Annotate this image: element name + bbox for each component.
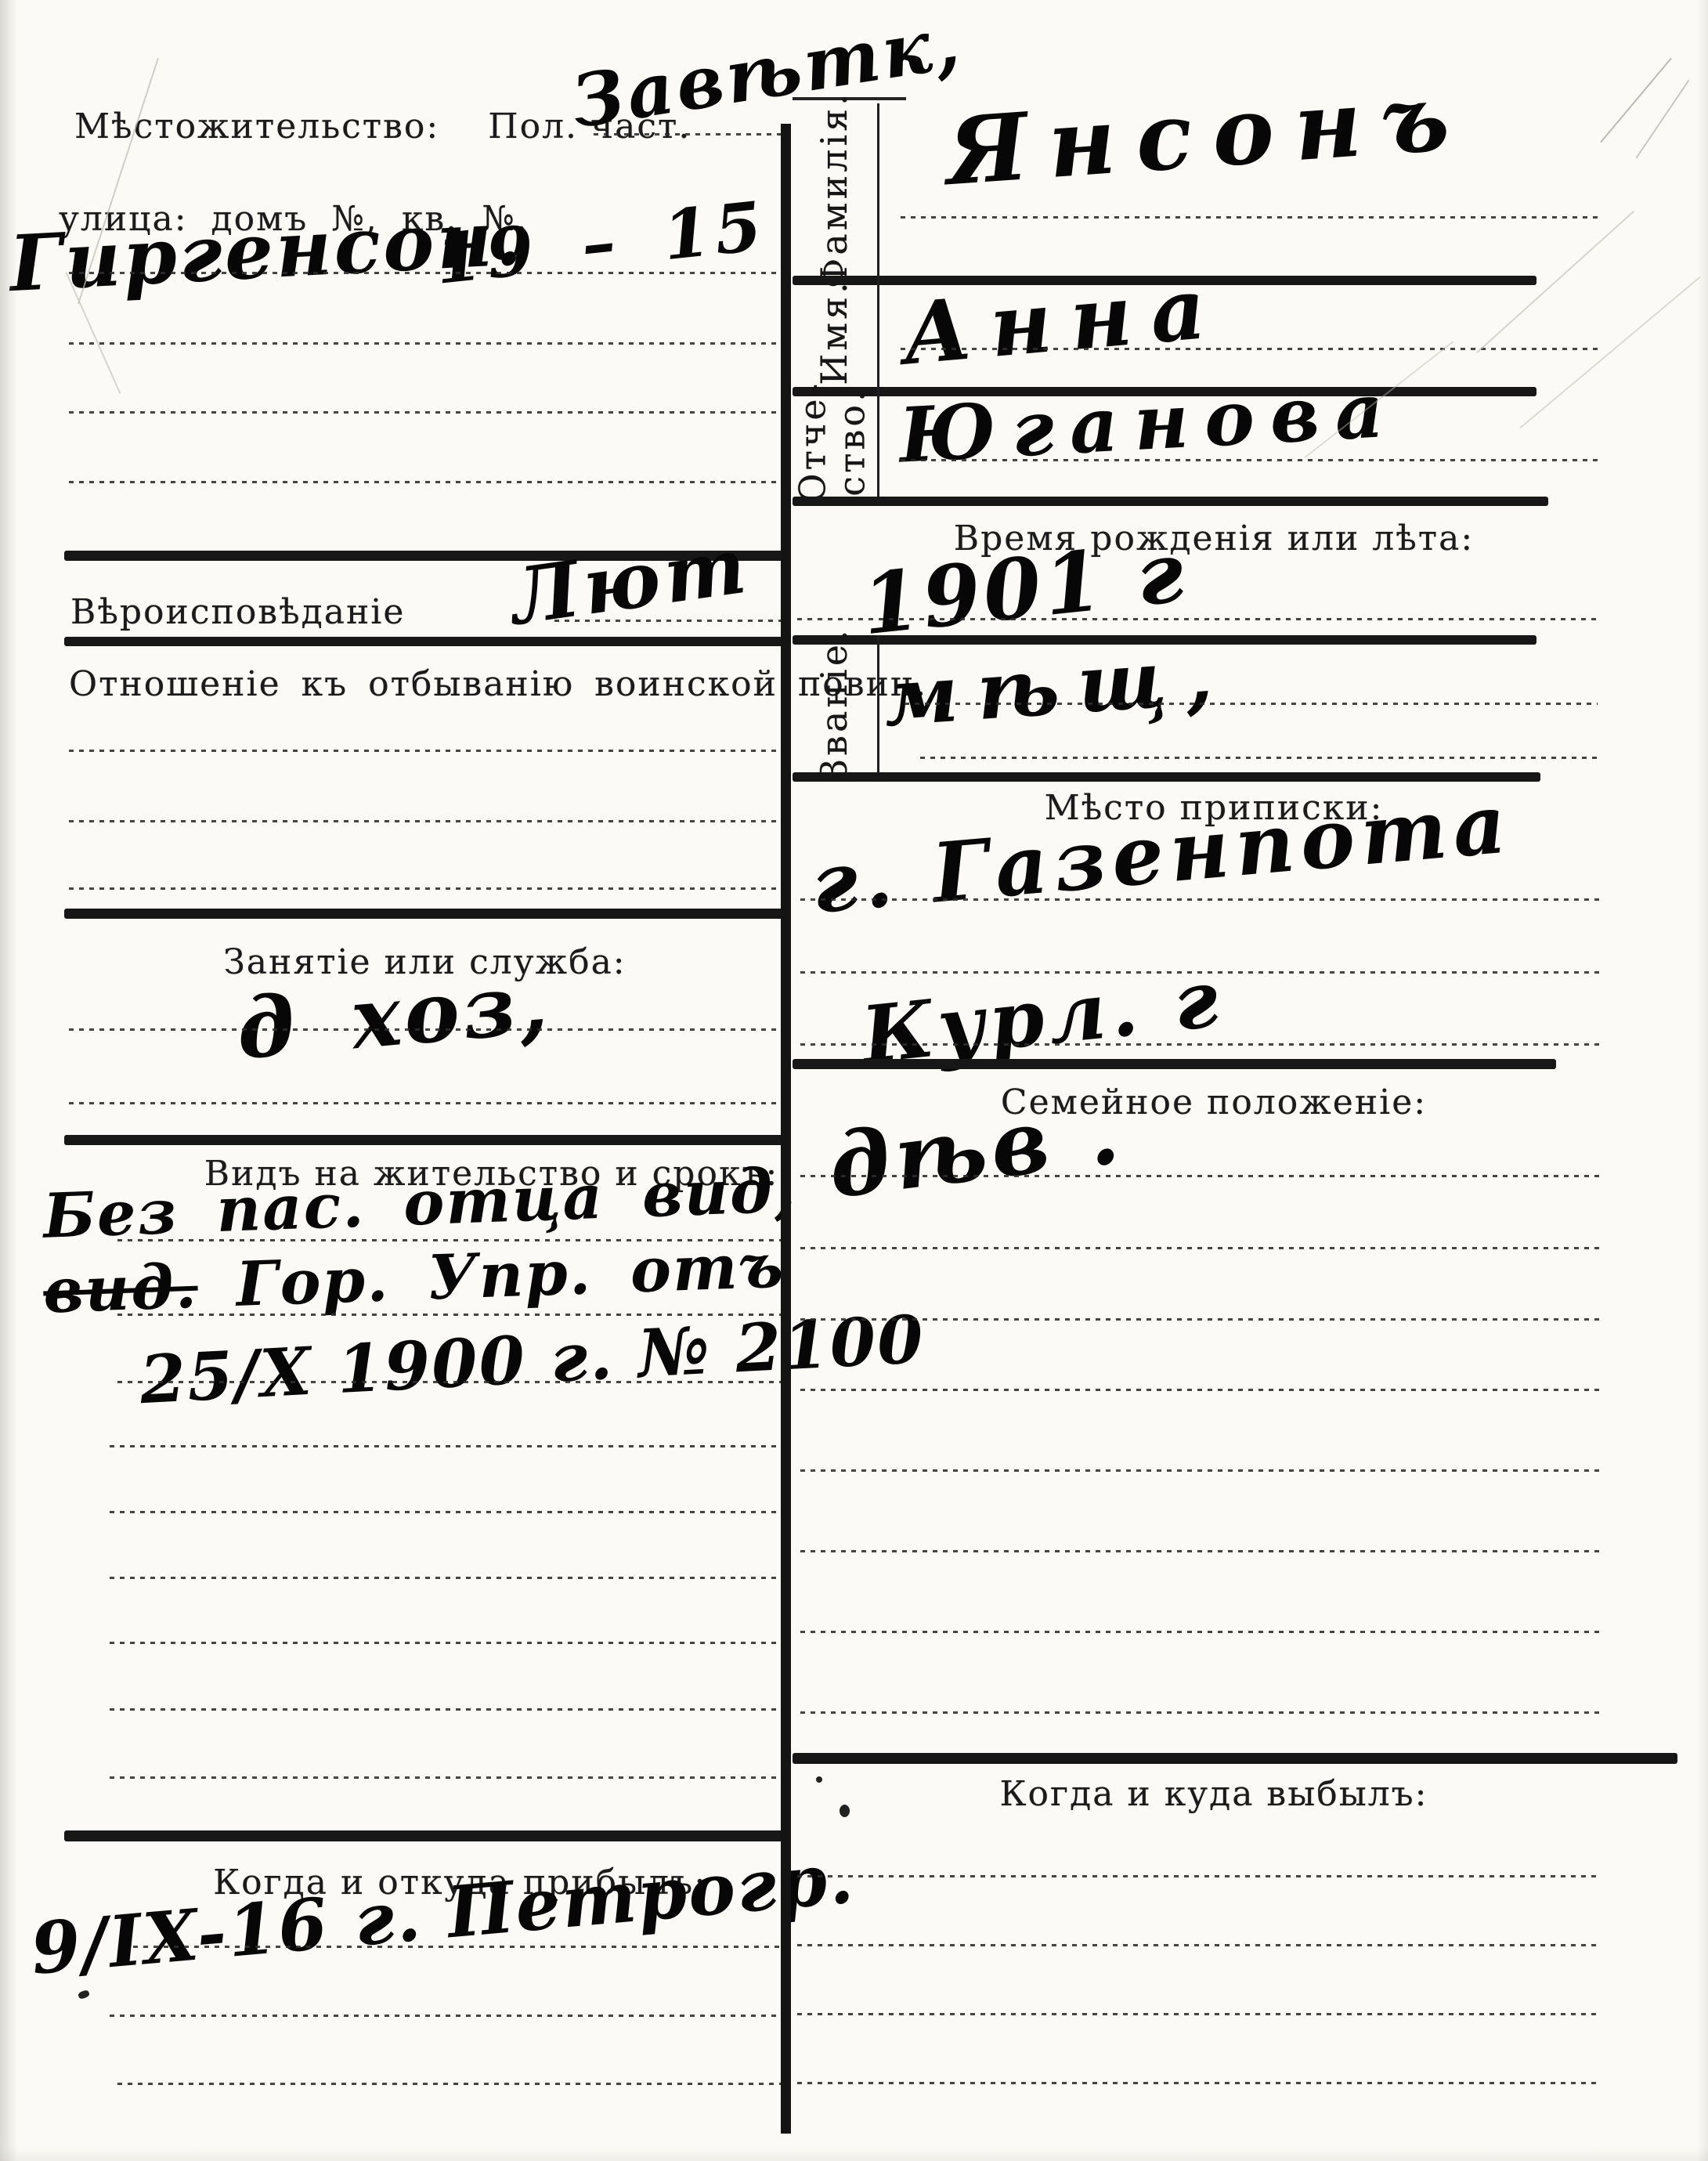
dotted-line [800, 898, 1599, 901]
dotted-line [69, 1102, 783, 1104]
dotted-line [800, 1550, 1599, 1552]
dotted-line [800, 1175, 1599, 1177]
dotted-line [110, 1577, 783, 1579]
rank-entry: мѣщ, [881, 635, 1233, 738]
dotted-line [797, 618, 1598, 620]
patronymic-label: Отче- ство. [793, 381, 871, 503]
label-divider [877, 276, 879, 387]
permit-entry-line2-rest: Гор. Упр. отъ [235, 1230, 786, 1320]
registration-gub-entry: Курл. г [858, 959, 1226, 1075]
section-divider [64, 909, 783, 919]
section-divider [793, 772, 1540, 782]
dotted-line [69, 411, 783, 414]
section-divider [793, 1059, 1556, 1069]
pencil-scratch [1519, 276, 1700, 428]
dotted-line [133, 1946, 783, 1948]
dotted-line [920, 757, 1598, 759]
registration-card: Мѣстожительство:Пол. част. Завѣтк, улица… [0, 0, 1708, 2161]
dotted-line [110, 1511, 783, 1513]
ink-spot [816, 1776, 822, 1783]
surname-entry: Янсонъ [944, 70, 1472, 198]
dotted-line [797, 2013, 1598, 2015]
surname-label: Фамилія. [815, 91, 854, 288]
label-divider [877, 103, 879, 276]
dotted-line [69, 342, 783, 345]
name-entry: Анна [899, 265, 1227, 377]
dotted-line [800, 1247, 1599, 1249]
name-label: Имя. [815, 279, 854, 385]
center-vertical-rule [781, 124, 791, 2134]
dotted-line [800, 1389, 1599, 1391]
ink-spot [840, 1805, 850, 1817]
section-divider [64, 1830, 783, 1841]
dotted-line [800, 1631, 1599, 1633]
dotted-line [901, 216, 1598, 219]
religion-label: Вѣроисповѣданіе [70, 592, 405, 632]
dotted-line [905, 703, 1598, 705]
dotted-line [110, 2015, 783, 2017]
dotted-line [69, 887, 783, 890]
label-divider [877, 387, 879, 497]
permit-entry-line2: вид. Гор. Упр. отъ [42, 1235, 785, 1322]
occupation-entry: д хоз, [233, 961, 554, 1071]
dotted-line [554, 620, 783, 622]
section-divider [793, 1753, 1677, 1764]
dotted-line [69, 481, 783, 483]
dotted-line [110, 1642, 783, 1644]
pencil-scratch [1600, 58, 1672, 143]
departed-label: Когда и куда выбылъ: [807, 1774, 1621, 1814]
permit-entry-line3: 25/X 1900 г. № 2100 [138, 1306, 926, 1413]
dotted-line [800, 1318, 1599, 1321]
dotted-line [797, 1875, 1598, 1877]
ink-spot [78, 1989, 90, 2000]
dotted-line [69, 820, 783, 822]
dotted-line [117, 1381, 783, 1383]
dotted-line [110, 1776, 783, 1779]
dotted-line [69, 272, 783, 274]
dotted-line [901, 459, 1598, 461]
section-divider [793, 497, 1548, 506]
dotted-line [594, 133, 783, 136]
section-divider [64, 637, 783, 646]
rank-label: Званіе. [815, 627, 854, 781]
residence-label: Мѣстожительство: [74, 107, 439, 146]
dotted-line [797, 1944, 1598, 1946]
dotted-line [800, 1469, 1599, 1472]
dotted-line [800, 1043, 1599, 1046]
section-divider [64, 1135, 783, 1145]
dotted-line [110, 1445, 783, 1447]
police-part-entry: Завѣтк, [567, 5, 967, 138]
dotted-line [117, 2083, 783, 2085]
dotted-line [901, 348, 1598, 350]
dotted-line [69, 750, 783, 752]
label-divider [877, 635, 879, 772]
dotted-line [797, 2082, 1598, 2084]
dotted-line [800, 1711, 1599, 1714]
dotted-line [69, 1028, 783, 1031]
dotted-line [110, 1708, 783, 1711]
military-service-label: Отношеніе къ отбыванію воинской повин. [69, 664, 927, 704]
